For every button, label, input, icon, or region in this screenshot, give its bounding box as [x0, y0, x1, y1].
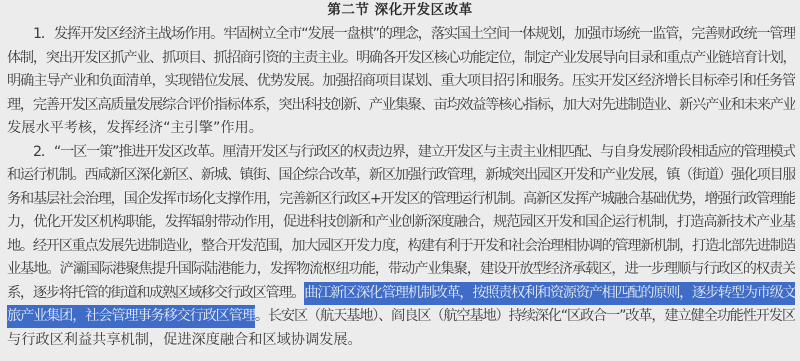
text-line: 业基地。浐灞国际港聚焦提升国际陆港能力，发挥物流枢纽功能，带动产业集聚，建设开放… — [7, 258, 795, 281]
text-line: 力，优化开发区机构职能，发挥辐射带动作用，促进科技创新和产业创新深度融合，规范园… — [7, 211, 795, 234]
paragraph-1-line-4: 理，完善开发区高质量发展综合评价指标体系，突出科技创新、产业集聚、亩均效益等核心… — [7, 94, 795, 117]
text-line: 1．发挥开发区经济主战场作用。牢固树立全市“发展一盘棋”的理念，落实国土空间一体… — [33, 23, 795, 46]
paragraph-2-line-1: 2．“一区一策”推进开发区改革。厘清开发区与行政区的权责边界，建立开发区与主责主… — [7, 141, 795, 164]
selected-text[interactable]: 旅产业集团，社会管理事务移交行政区管理 — [7, 305, 255, 328]
paragraph-2-line-7[interactable]: 系，逐步将托管的街道和成熟区域移交行政区管理。曲江新区深化管理机制改革，按照责权… — [7, 282, 795, 305]
text-line: 系，逐步将托管的街道和成熟区域移交行政区管理。 — [7, 282, 304, 305]
text-line: 明确主导产业和负面清单，实现错位发展、优势发展。加强招商项目谋划、重大项目招引和… — [7, 70, 795, 93]
paragraph-1-line-1: 1．发挥开发区经济主战场作用。牢固树立全市“发展一盘棋”的理念，落实国土空间一体… — [7, 23, 795, 46]
text-line: 发展水平考核，发挥经济“主引擎”作用。 — [7, 117, 263, 140]
section-title: 第二节 深化开发区改革 — [0, 0, 800, 20]
paragraph-2-line-5: 地。经开区重点发展先进制造业，整合开发范围，加大园区开发力度，构建有利于开发和社… — [7, 235, 795, 258]
text-line: 与行政区利益共享机制，促进深度融合和区域协调发展。 — [7, 329, 362, 352]
text-line: 和运行机制。西咸新区深化新区、新城、镇街、国企综合改革，新区加强行政管理，新城突… — [7, 164, 795, 187]
text-line: 地。经开区重点发展先进制造业，整合开发范围，加大园区开发力度，构建有利于开发和社… — [7, 235, 795, 258]
text-line: 体制，突出开发区抓产业、抓项目、抓招商引资的主责主业。明确各开发区核心功能定位，… — [7, 47, 795, 70]
document-page: 第二节 深化开发区改革 1．发挥开发区经济主战场作用。牢固树立全市“发展一盘棋”… — [0, 0, 800, 361]
paragraph-1-line-3: 明确主导产业和负面清单，实现错位发展、优势发展。加强招商项目谋划、重大项目招引和… — [7, 70, 795, 93]
paragraph-1-line-2: 体制，突出开发区抓产业、抓项目、抓招商引资的主责主业。明确各开发区核心功能定位，… — [7, 47, 795, 70]
paragraph-2-line-3: 务和基层社会治理，国企发挥市场化支撑作用，完善新区行政区+开发区的管理运行机制。… — [7, 188, 795, 211]
text-line: 。长安区（航天基地）、阎良区（航空基地）持续深化“区政合一”改革，建立健全功能性… — [255, 305, 795, 328]
paragraph-2-line-8[interactable]: 旅产业集团，社会管理事务移交行政区管理。长安区（航天基地）、阎良区（航空基地）持… — [7, 305, 795, 328]
paragraph-2-line-2: 和运行机制。西咸新区深化新区、新城、镇街、国企综合改革，新区加强行政管理，新城突… — [7, 164, 795, 187]
text-line: 2．“一区一策”推进开发区改革。厘清开发区与行政区的权责边界，建立开发区与主责主… — [33, 141, 795, 164]
paragraph-2-line-6: 业基地。浐灞国际港聚焦提升国际陆港能力，发挥物流枢纽功能，带动产业集聚，建设开放… — [7, 258, 795, 281]
text-line: 务和基层社会治理，国企发挥市场化支撑作用，完善新区行政区+开发区的管理运行机制。… — [7, 188, 795, 211]
paragraph-2-line-9: 与行政区利益共享机制，促进深度融合和区域协调发展。 — [7, 329, 795, 352]
paragraph-2-line-4: 力，优化开发区机构职能，发挥辐射带动作用，促进科技创新和产业创新深度融合，规范园… — [7, 211, 795, 234]
text-line: 理，完善开发区高质量发展综合评价指标体系，突出科技创新、产业集聚、亩均效益等核心… — [7, 94, 795, 117]
paragraph-1-line-5: 发展水平考核，发挥经济“主引擎”作用。 — [7, 117, 795, 140]
selected-text[interactable]: 曲江新区深化管理机制改革，按照责权利和资源资产相匹配的原则，逐步转型为市级文 — [304, 282, 795, 305]
